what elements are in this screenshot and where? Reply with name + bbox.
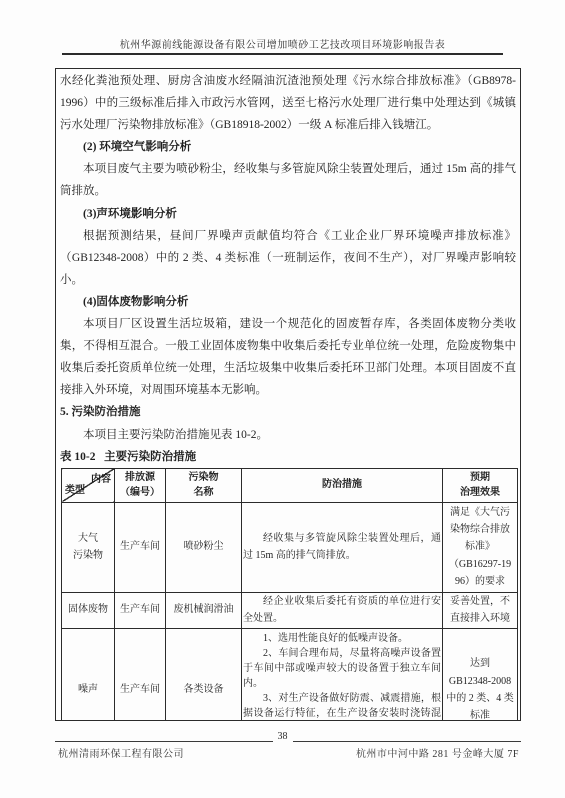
header-source: 排放源 （编号） (115, 468, 166, 502)
cell-measure: 1、选用性能良好的低噪声设备。 2、车间合理布局，尽量将高噪声设备置于车间中部或… (242, 628, 443, 721)
measure-item: 经企业收集后委托有资质的单位进行安全处置。 (243, 593, 441, 628)
para-noise-impact: 根据预测结果，昼间厂界噪声贡献值均符合《工业企业厂界环境噪声排放标准》（GB12… (60, 225, 516, 291)
measure-item: 1、选用性能良好的低噪声设备。 (243, 631, 441, 646)
content-box: 水经化粪池预处理、厨房含油废水经隔油沉渣池预处理《污水综合排放标准》（GB897… (55, 68, 521, 721)
header-pollutant: 污染物 名称 (166, 468, 242, 502)
cell-source: 生产车间 (115, 628, 166, 721)
page-number: 38 (273, 731, 293, 742)
header-rule (62, 53, 503, 55)
para-air-impact: 本项目废气主要为喷砂粉尘，经收集与多管旋风除尘装置处理后，通过 15m 高的排气… (60, 158, 516, 202)
para-pollution-control-ref: 本项目主要污染防治措施见表 10-2。 (60, 424, 516, 446)
corner-label-type: 类型 (65, 482, 85, 499)
para-solid-waste-impact: 本项目厂区设置生活垃圾箱，建设一个规范化的固废暂存库，各类固体废物分类收集，不得… (60, 313, 516, 401)
cell-type: 噪声 (62, 628, 115, 721)
footer-company: 杭州清雨环保工程有限公司 (58, 745, 184, 760)
corner-label-content: 内容 (91, 471, 111, 488)
cell-effect: 满足《大气污 染物综合排放 标准》 （GB16297-19 96）的要求 (443, 502, 518, 592)
cell-pollutant: 喷砂粉尘 (166, 502, 242, 592)
table-row-solid-waste: 固体废物 生产车间 废机械润滑油 经企业收集后委托有资质的单位进行安全处置。 妥… (62, 592, 518, 628)
cell-measure: 经企业收集后委托有资质的单位进行安全处置。 (242, 592, 443, 628)
heading-air-analysis: (2) 环境空气影响分析 (60, 136, 516, 158)
corner-cell: 内容 类型 (62, 468, 115, 502)
cell-source: 生产车间 (115, 592, 166, 628)
page-header-title: 杭州华源前线能源设备有限公司增加喷砂工艺技改项目环境影响报告表 (62, 36, 503, 51)
pollution-control-table: 内容 类型 排放源 （编号） 污染物 名称 防治措施 预期 治理效果 大气 污染… (61, 468, 518, 721)
cell-effect: 妥善处置，不 直接排入环境 (443, 592, 518, 628)
table-title: 表 10-2 主要污染防治措施 (60, 446, 516, 468)
cell-pollutant: 废机械润滑油 (166, 592, 242, 628)
measure-item: 3、对生产设备做好防震、减震措施，根据设备运行特征，在生产设备安装时浇铸混凝土底… (243, 691, 441, 721)
table-header-row: 内容 类型 排放源 （编号） 污染物 名称 防治措施 预期 治理效果 (62, 468, 518, 502)
cell-source: 生产车间 (115, 502, 166, 592)
cell-effect: 达到 GB12348-2008 中的 2 类、4 类 标准 (443, 628, 518, 721)
cell-type: 固体废物 (62, 592, 115, 628)
report-page: 杭州华源前线能源设备有限公司增加喷砂工艺技改项目环境影响报告表 水经化粪池预处理… (0, 0, 565, 798)
footer-address: 杭州市中河中路 281 号金峰大厦 7F (356, 745, 519, 760)
table-row-air: 大气 污染物 生产车间 喷砂粉尘 经收集与多管旋风除尘装置处理后，通过 15m … (62, 502, 518, 592)
heading-solid-waste-analysis: (4)固体废物影响分析 (60, 291, 516, 313)
heading-pollution-control: 5. 污染防治措施 (60, 401, 516, 423)
cell-type: 大气 污染物 (62, 502, 115, 592)
heading-noise-analysis: (3)声环境影响分析 (60, 203, 516, 225)
cell-measure: 经收集与多管旋风除尘装置处理后，通过 15m 高的排气筒排放。 (242, 502, 443, 592)
table-row-noise: 噪声 生产车间 各类设备 1、选用性能良好的低噪声设备。 2、车间合理布局，尽量… (62, 628, 518, 721)
cell-pollutant: 各类设备 (166, 628, 242, 721)
measure-item: 经收集与多管旋风除尘装置处理后，通过 15m 高的排气筒排放。 (243, 530, 441, 565)
header-effect: 预期 治理效果 (443, 468, 518, 502)
header-measure: 防治措施 (242, 468, 443, 502)
measure-item: 2、车间合理布局，尽量将高噪声设备置于车间中部或噪声较大的设备置于独立车间内。 (243, 646, 441, 691)
para-wastewater-continued: 水经化粪池预处理、厨房含油废水经隔油沉渣池预处理《污水综合排放标准》（GB897… (60, 70, 516, 136)
